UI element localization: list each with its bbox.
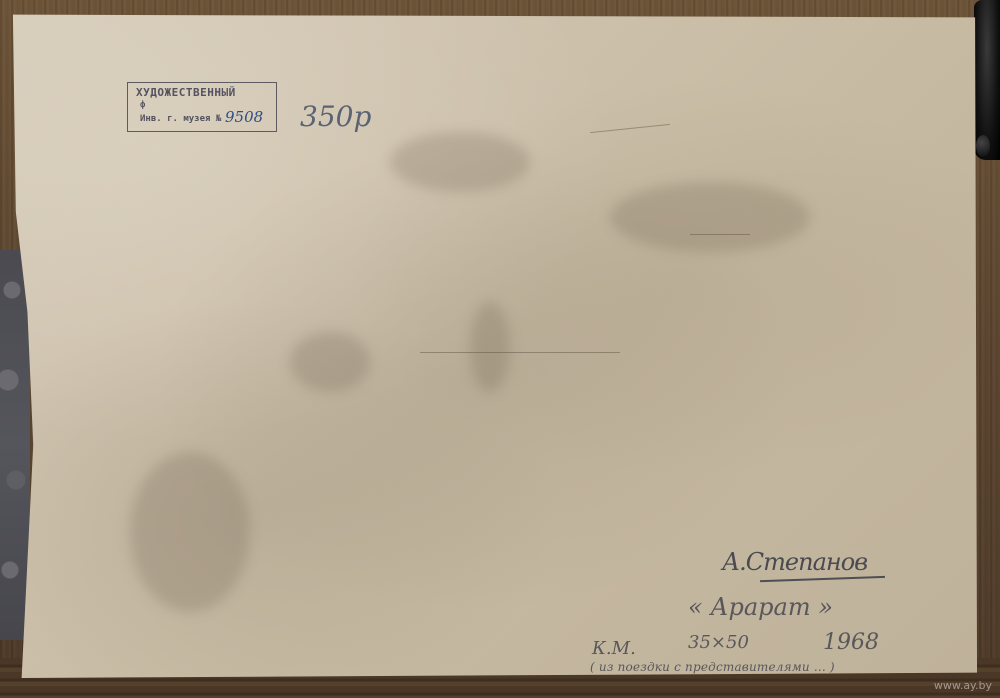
watermark: www.ay.by: [934, 679, 992, 692]
price-inscription: 350р: [300, 100, 371, 133]
smudge: [470, 302, 510, 392]
medium-inscription: К.М.: [592, 638, 636, 659]
artwork-title: « Арарат »: [688, 593, 833, 621]
dark-knob: [976, 135, 990, 157]
smudge: [290, 332, 370, 392]
stamp-inventory-number: 9508: [225, 108, 263, 126]
patterned-fabric: [0, 250, 30, 640]
stamp-symbol: ф: [140, 100, 145, 110]
scratch: [420, 352, 620, 353]
stamp-title: ХУДОЖЕСТВЕННЫЙ: [136, 86, 236, 99]
smudge: [130, 452, 250, 612]
note-inscription: ( из поездки с представителями ... ): [590, 660, 835, 674]
museum-stamp: ХУДОЖЕСТВЕННЫЙ ф Инв. г. музея № 9508: [127, 82, 277, 132]
smudge: [390, 132, 530, 192]
artist-signature: А.Степанов: [722, 548, 867, 576]
scratch: [590, 124, 670, 133]
smudge: [610, 182, 810, 252]
stamp-inventory-label: Инв. г. музея №: [140, 114, 221, 124]
size-inscription: 35×50: [688, 632, 749, 653]
year-inscription: 1968: [823, 630, 879, 655]
scratch: [690, 234, 750, 235]
